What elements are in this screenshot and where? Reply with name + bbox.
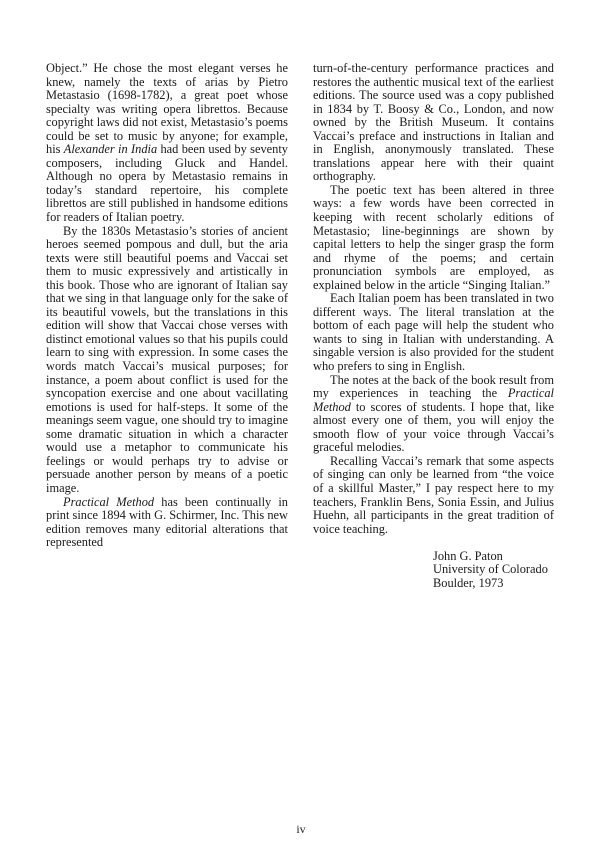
paragraph: Each Italian poem has been translated in…: [313, 292, 554, 373]
paragraph: turn-of-the-century performance practice…: [313, 62, 554, 184]
right-column: turn-of-the-century performance practice…: [313, 62, 554, 590]
paragraph: The notes at the back of the book result…: [313, 374, 554, 455]
signature-affiliation: University of Colorado: [433, 563, 554, 577]
signature-name: John G. Paton: [433, 550, 554, 564]
paragraph: Recalling Vaccai’s remark that some aspe…: [313, 455, 554, 536]
italic-title: Practical Method: [313, 386, 554, 414]
paragraph: The poetic text has been altered in thre…: [313, 184, 554, 292]
document-page: Object.” He chose the most elegant verse…: [0, 0, 602, 864]
page-number: iv: [0, 822, 602, 837]
italic-title: Alexander in India: [64, 142, 157, 156]
signature-place-date: Boulder, 1973: [433, 577, 554, 591]
paragraphs: turn-of-the-century performance practice…: [313, 62, 554, 536]
left-column: Object.” He chose the most elegant verse…: [46, 62, 288, 550]
italic-title: Practical Method: [63, 495, 154, 509]
paragraph: Object.” He chose the most elegant verse…: [46, 62, 288, 225]
signature-block: John G. Paton University of Colorado Bou…: [433, 550, 554, 591]
paragraph: By the 1830s Metastasio’s stories of anc…: [46, 225, 288, 496]
paragraph: Practical Method has been continually in…: [46, 496, 288, 550]
